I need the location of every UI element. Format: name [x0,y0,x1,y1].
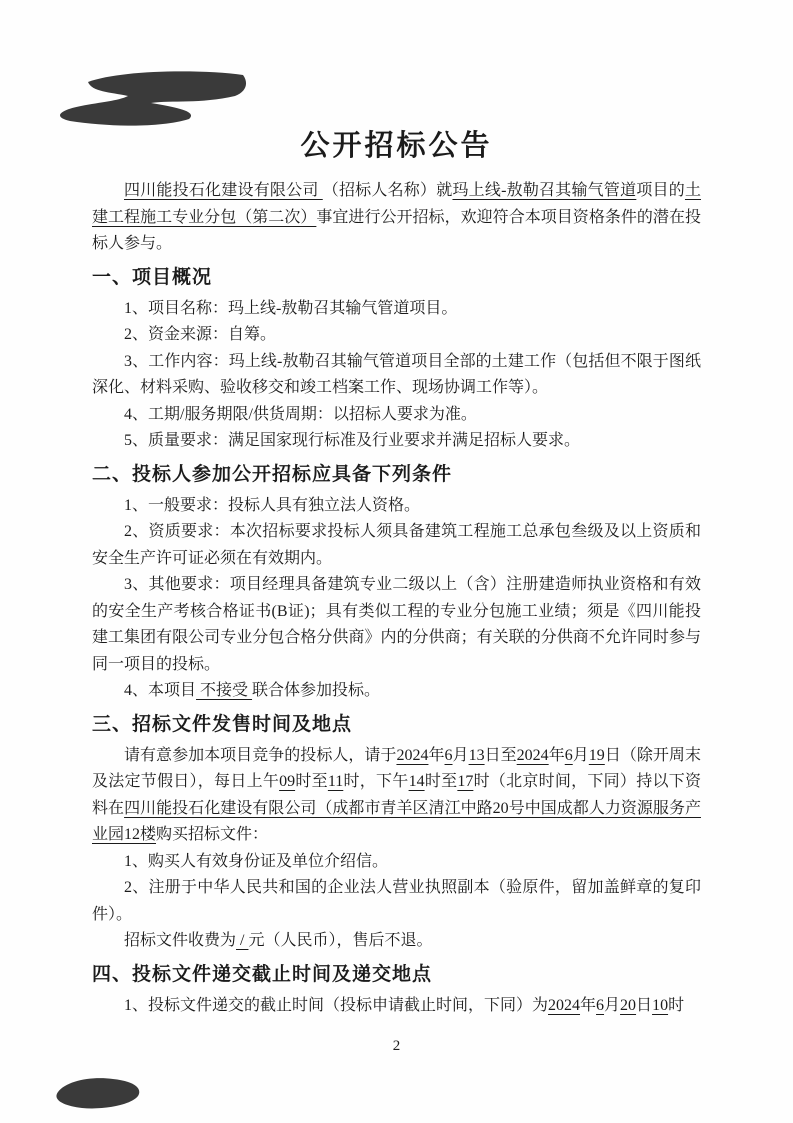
text-run: 4、本项目 [124,682,196,699]
underlined-text: 6 [445,747,453,764]
text-run: 1、购买人有效身份证及单位介绍信。 [124,853,388,870]
underlined-text: 2024 [548,997,580,1014]
text-run: 日至 [485,747,517,764]
document-body: 一、项目概况1、项目名称：玛上线-敖勒召其输气管道项目。2、资金来源：自筹。3、… [92,263,701,1020]
text-run: 年 [549,747,565,764]
underlined-text: 10 [652,997,668,1014]
text-run: 请有意参加本项目竞争的投标人，请于 [124,747,396,764]
section-heading: 四、投标文件递交截止时间及递交地点 [92,960,701,990]
section-heading: 一、项目概况 [92,263,701,293]
paragraph: 招标文件收费为 / 元（人民币），售后不退。 [92,928,701,955]
paragraph: 4、工期/服务期限/供货周期：以招标人要求为准。 [92,402,701,429]
text-run: （招标人名称）就 [323,182,453,199]
paragraph: 1、购买人有效身份证及单位介绍信。 [92,849,701,876]
text-run: 月 [453,747,469,764]
text-run: 1、项目名称：玛上线-敖勒召其输气管道项目。 [124,300,457,317]
underlined-text: 19 [589,747,605,764]
paragraph: 请有意参加本项目竞争的投标人，请于2024年6月13日至2024年6月19日（除… [92,743,701,849]
intro-paragraph: 四川能投石化建设有限公司 （招标人名称）就玛上线-敖勒召其输气管道项目的土建工程… [92,178,701,258]
text-run: 4、工期/服务期限/供货周期：以招标人要求为准。 [124,406,477,423]
underlined-text: 不接受 [196,682,252,699]
text-run: 月 [573,747,589,764]
text-run: 2、资质要求：本次招标要求投标人须具备建筑工程施工总承包叁级及以上资质和安全生产… [92,523,701,567]
section-heading: 三、招标文件发售时间及地点 [92,710,701,740]
underlined-text: 玛上线-敖勒召其输气管道 [452,182,636,199]
text-run: 1、投标文件递交的截止时间（投标申请截止时间，下同）为 [124,997,548,1014]
underlined-text: 14 [409,773,425,790]
text-run: 2、资金来源：自筹。 [124,326,276,343]
underlined-text: 6 [565,747,573,764]
ink-smudge-bottom-icon [56,1078,139,1108]
text-run: 时，下午 [343,773,408,790]
paragraph: 3、其他要求：项目经理具备建筑专业二级以上（含）注册建造师执业资格和有效的安全生… [92,572,701,678]
text-run: 元（人民币），售后不退。 [248,932,432,949]
underlined-text: / [236,932,248,949]
text-run: 5、质量要求：满足国家现行标准及行业要求并满足招标人要求。 [124,432,580,449]
document-title: 公开招标公告 [92,128,701,164]
paragraph: 2、注册于中华人民共和国的企业法人营业执照副本（验原件，留加盖鲜章的复印件）。 [92,875,701,928]
section-4: 四、投标文件递交截止时间及递交地点1、投标文件递交的截止时间（投标申请截止时间，… [92,960,701,1020]
scanned-document-page: 公开招标公告 四川能投石化建设有限公司 （招标人名称）就玛上线-敖勒召其输气管道… [0,0,793,1123]
paragraph: 4、本项目 不接受 联合体参加投标。 [92,678,701,705]
text-run: 购买招标文件： [156,826,268,843]
paragraph: 1、投标文件递交的截止时间（投标申请截止时间，下同）为2024年6月20日10时 [92,993,701,1020]
text-run: 3、其他要求：项目经理具备建筑专业二级以上（含）注册建造师执业资格和有效的安全生… [92,576,701,673]
document-content: 公开招标公告 四川能投石化建设有限公司 （招标人名称）就玛上线-敖勒召其输气管道… [92,128,701,1019]
text-run: 项目的 [636,182,685,199]
underlined-text: 2024 [396,747,428,764]
text-run: 3、工作内容：玛上线-敖勒召其输气管道项目全部的土建工作（包括但不限于图纸深化、… [92,353,701,397]
underlined-text: 17 [457,773,473,790]
underlined-text: 20 [620,997,636,1014]
underlined-text: 2024 [517,747,549,764]
text-run: 时至 [295,773,328,790]
section-3: 三、招标文件发售时间及地点请有意参加本项目竞争的投标人，请于2024年6月13日… [92,710,701,955]
text-run: 时至 [425,773,458,790]
ink-smudge-top-icon [60,71,246,125]
underlined-text: 09 [279,773,295,790]
text-run: 月 [604,997,620,1014]
text-run: 联合体参加投标。 [252,682,380,699]
paragraph: 1、一般要求：投标人具有独立法人资格。 [92,493,701,520]
section-1: 一、项目概况1、项目名称：玛上线-敖勒召其输气管道项目。2、资金来源：自筹。3、… [92,263,701,455]
text-run: 2、注册于中华人民共和国的企业法人营业执照副本（验原件，留加盖鲜章的复印件）。 [92,879,701,923]
text-run: 年 [428,747,444,764]
underlined-text: 11 [328,773,343,790]
text-run: 年 [580,997,596,1014]
text-run: 日 [636,997,652,1014]
paragraph: 2、资质要求：本次招标要求投标人须具备建筑工程施工总承包叁级及以上资质和安全生产… [92,519,701,572]
text-run: 1、一般要求：投标人具有独立法人资格。 [124,497,420,514]
paragraph: 2、资金来源：自筹。 [92,322,701,349]
paragraph: 3、工作内容：玛上线-敖勒召其输气管道项目全部的土建工作（包括但不限于图纸深化、… [92,349,701,402]
underlined-text: 13 [469,747,485,764]
text-run: 时 [668,997,684,1014]
paragraph: 5、质量要求：满足国家现行标准及行业要求并满足招标人要求。 [92,428,701,455]
paragraph: 1、项目名称：玛上线-敖勒召其输气管道项目。 [92,296,701,323]
underlined-text: 6 [596,997,604,1014]
section-2: 二、投标人参加公开招标应具备下列条件1、一般要求：投标人具有独立法人资格。2、资… [92,460,701,705]
underlined-text: 四川能投石化建设有限公司 [124,182,323,199]
text-run: 招标文件收费为 [124,932,236,949]
page-number: 2 [0,1036,793,1056]
section-heading: 二、投标人参加公开招标应具备下列条件 [92,460,701,490]
